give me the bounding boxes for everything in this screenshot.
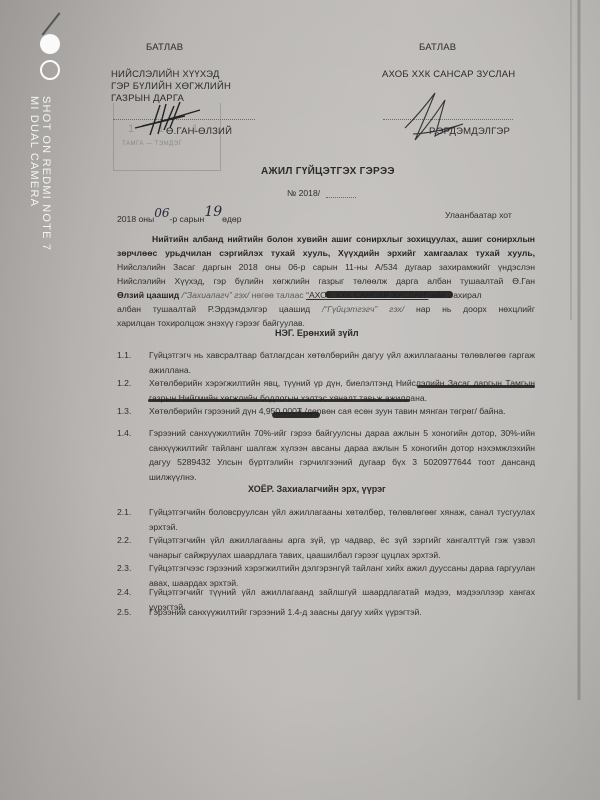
contract-title: АЖИЛ ГҮЙЦЭТГЭХ ГЭРЭЭ bbox=[261, 166, 395, 177]
approval-right-org: АХОБ ХХК САНСАР ЗУСЛАН bbox=[382, 69, 515, 80]
clause-number: 2.2. bbox=[117, 533, 147, 548]
approval-left-signatory: Ө.ГАН-ӨЛЗИЙ bbox=[166, 126, 232, 137]
clause-2-2: 2.2. Гүйцэтгэгчийн үйл ажиллагааны арга … bbox=[117, 533, 535, 562]
date-day-suffix: өдөр bbox=[222, 214, 241, 224]
contract-document: БАТЛАВ НИЙСЛЭЛИЙН ХҮҮХЭД ГЭР БҮЛИЙН ХӨГЖ… bbox=[0, 0, 600, 800]
preamble-line-6: албан тушаалтай Р.Эрдэмдэлгэр цаашид /“Г… bbox=[117, 304, 535, 314]
clause-number: 1.2. bbox=[117, 376, 147, 391]
clause-text: Гүйцэтгэгчийн боловсруулсан үйл ажиллага… bbox=[149, 505, 535, 534]
date-month-suffix: -р сарын bbox=[170, 214, 205, 224]
approval-right-signatory: Р.ЭРДЭМДЭЛГЭР bbox=[429, 126, 510, 137]
signature-right bbox=[395, 88, 475, 148]
approval-left-label: БАТЛАВ bbox=[146, 42, 183, 53]
clause-text: Гэрээний санхүүжилтийн 70%-ийг гэрээ бай… bbox=[149, 426, 535, 484]
preamble-line-2: зөрчлөөс урьдчилан сэргийлэх тухай хууль… bbox=[117, 248, 535, 258]
underline-mark-2 bbox=[148, 399, 410, 402]
clause-number: 1.4. bbox=[117, 426, 147, 441]
underline-mark-1 bbox=[417, 385, 535, 388]
clause-1-3: 1.3. Хөтөлбөрийн гэрээний дүн 4,950,000₮… bbox=[117, 404, 535, 419]
clause-text: Хөтөлбөрийн гэрээний дүн 4,950,000₮ /дөр… bbox=[149, 404, 535, 419]
date-prefix: 2018 оны bbox=[117, 214, 154, 224]
redaction-mark-1 bbox=[325, 291, 453, 298]
clause-number: 2.3. bbox=[117, 561, 147, 576]
clause-number: 1.1. bbox=[117, 348, 147, 363]
contract-number-blank bbox=[326, 197, 356, 198]
preamble-line-3: Нийслэлийн Засаг даргын 2018 оны 06-р са… bbox=[117, 262, 535, 272]
clause-text: Гүйцэтгэгч нь хавсралтаар батлагдсан хөт… bbox=[149, 348, 535, 377]
preamble-line-7: харилцан тохиролцож энэхүү гэрээг байгуу… bbox=[117, 318, 305, 328]
clause-number: 1.3. bbox=[117, 404, 147, 419]
preamble-line-1: Нийтийн албанд нийтийн болон хувийн ашиг… bbox=[152, 234, 535, 244]
clause-2-1: 2.1. Гүйцэтгэгчийн боловсруулсан үйл ажи… bbox=[117, 505, 535, 534]
clause-text: Гэрээний санхүүжилтийг гэрээний 1.4-д за… bbox=[149, 605, 535, 620]
preamble-line-4: Нийслэлийн Хүүхэд, гэр бүлийн хөгжлийн г… bbox=[117, 276, 535, 286]
clause-1-4: 1.4. Гэрээний санхүүжилтийн 70%-ийг гэрэ… bbox=[117, 426, 535, 484]
clause-number: 2.4. bbox=[117, 585, 147, 600]
approval-left-org-2: ГЭР БҮЛИЙН ХӨГЖЛИЙН bbox=[111, 81, 231, 92]
clause-2-5: 2.5. Гэрээний санхүүжилтийг гэрээний 1.4… bbox=[117, 605, 535, 620]
approval-right-label: БАТЛАВ bbox=[419, 42, 456, 53]
clause-number: 2.1. bbox=[117, 505, 147, 520]
contract-number: № 2018/ bbox=[287, 188, 320, 198]
section-2-heading: ХОЁР. Захиалагчийн эрх, үүрэг bbox=[248, 484, 386, 494]
clause-number: 2.5. bbox=[117, 605, 147, 620]
section-1-heading: НЭГ. Ерөнхий зүйл bbox=[275, 328, 359, 338]
contract-city: Улаанбаатар хот bbox=[445, 210, 512, 220]
clause-text: Гүйцэтгэгчийн үйл ажиллагааны арга зүй, … bbox=[149, 533, 535, 562]
redaction-mark-2 bbox=[272, 412, 320, 418]
clause-1-1: 1.1. Гүйцэтгэгч нь хавсралтаар батлагдса… bbox=[117, 348, 535, 377]
date-day-handwritten: 19 bbox=[204, 204, 222, 220]
approval-left-org-1: НИЙСЛЭЛИЙН ХҮҮХЭД bbox=[111, 69, 219, 80]
date-month-handwritten: 06 bbox=[154, 206, 169, 220]
